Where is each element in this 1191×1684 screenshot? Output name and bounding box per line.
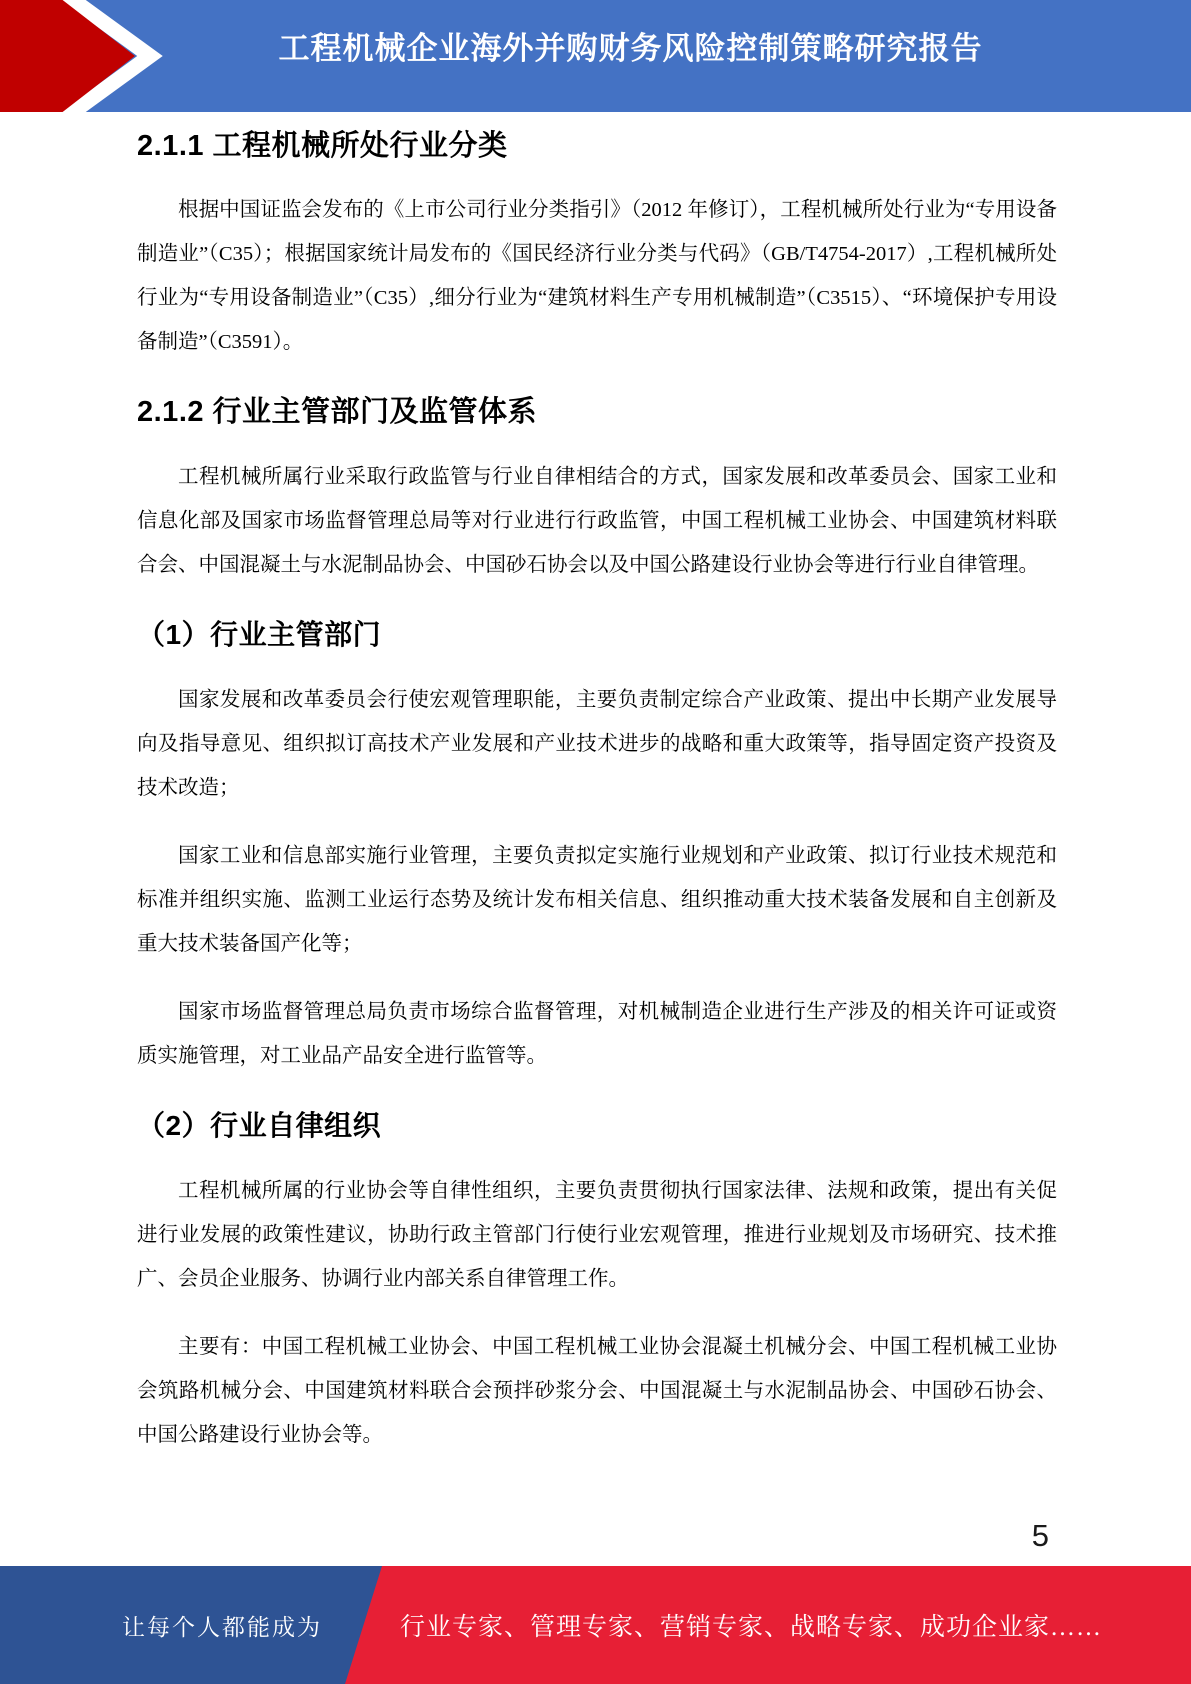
- paragraph: 工程机械所属的行业协会等自律性组织，主要负责贯彻执行国家法律、法规和政策，提出有…: [137, 1169, 1057, 1301]
- footer-left-band: 让每个人都能成为: [0, 1566, 390, 1684]
- report-title: 工程机械企业海外并购财务风险控制策略研究报告: [209, 23, 983, 90]
- paragraph: 工程机械所属行业采取行政监管与行业自律相结合的方式，国家发展和改革委员会、国家工…: [137, 455, 1057, 587]
- paragraph: 国家工业和信息部实施行业管理，主要负责拟定实施行业规划和产业政策、拟订行业技术规…: [137, 834, 1057, 966]
- subsection-heading-2: （2）行业自律组织: [137, 1108, 1057, 1143]
- page-number: 5: [1032, 1518, 1049, 1554]
- paragraph: 根据中国证监会发布的《上市公司行业分类指引》（2012 年修订），工程机械所处行…: [137, 188, 1057, 364]
- header-chevron-icon: [0, 0, 170, 112]
- page-footer: 让每个人都能成为 行业专家、管理专家、营销专家、战略专家、成功企业家……: [0, 1566, 1191, 1684]
- document-page: 工程机械企业海外并购财务风险控制策略研究报告 2.1.1 工程机械所处行业分类 …: [0, 0, 1191, 1684]
- subsection-heading-1: （1）行业主管部门: [137, 617, 1057, 652]
- footer-slogan-left: 让每个人都能成为: [122, 1609, 322, 1642]
- section-heading-2-1-2: 2.1.2 行业主管部门及监管体系: [137, 394, 1057, 430]
- page-header: 工程机械企业海外并购财务风险控制策略研究报告: [0, 0, 1191, 112]
- page-content: 2.1.1 工程机械所处行业分类 根据中国证监会发布的《上市公司行业分类指引》（…: [0, 128, 1191, 1457]
- section-heading-2-1-1: 2.1.1 工程机械所处行业分类: [137, 128, 1057, 164]
- paragraph: 国家发展和改革委员会行使宏观管理职能，主要负责制定综合产业政策、提出中长期产业发…: [137, 678, 1057, 810]
- paragraph: 国家市场监督管理总局负责市场综合监督管理，对机械制造企业进行生产涉及的相关许可证…: [137, 990, 1057, 1078]
- paragraph: 主要有：中国工程机械工业协会、中国工程机械工业协会混凝土机械分会、中国工程机械工…: [137, 1325, 1057, 1457]
- footer-slogan-right: 行业专家、管理专家、营销专家、战略专家、成功企业家……: [400, 1566, 1102, 1684]
